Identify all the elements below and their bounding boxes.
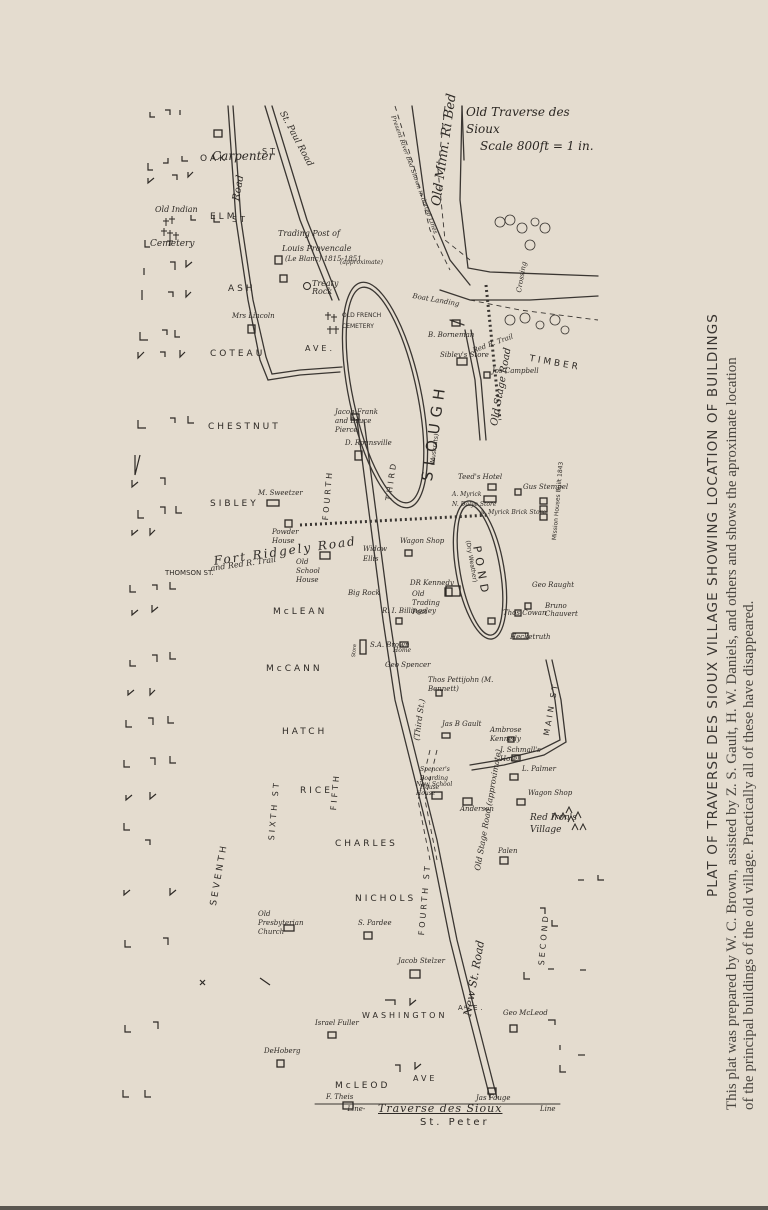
building-palen: Palen [498,848,517,855]
street-mcleod: McLEOD [335,1082,390,1091]
building-wagon-shop-2: Wagon Shop [528,790,572,797]
building-rounsville: D. Rounsville [345,440,392,447]
page-edge [0,1206,768,1210]
building-jos-campbell: Jos Campbell [492,368,539,375]
caption-title: PLAT OF TRAVERSE DES SIOUX VILLAGE SHOWI… [705,100,721,1110]
street-coteau: COTEAU [210,350,265,359]
building-big-rock: Big Rock [348,590,380,597]
building-f-theis: F. Theis [326,1094,353,1101]
building-geo-raught: Geo Raught [532,582,574,589]
building-teeds-hotel: Teed's Hotel [458,474,502,481]
indian-cemetery-label: Cemetery [150,240,194,249]
treaty-rock-label: Treaty Rock [312,280,352,296]
building-dr-kennedy: DR Kennedy [410,580,454,587]
building-jas-fauge: Jas Fauge [476,1095,510,1102]
building-l-palmer: L. Palmer [522,766,556,773]
street-nichols: NICHOLS [355,895,416,904]
building-jacob-stelzer: Jacob Stelzer [398,958,445,965]
street-mclean: McLEAN [273,608,327,617]
street-elm-st: ST [232,216,248,224]
street-charles: CHARLES [335,840,398,849]
french-cemetery-label: CEMETERY [342,324,374,330]
plat-caption: PLAT OF TRAVERSE DES SIOUX VILLAGE SHOWI… [705,100,758,1110]
building-bruno-chauvert: Bruno Chauvert [545,602,585,618]
building-frank-pierce: Jacob Frank and Bruce Pierce [335,408,385,435]
building-old-presbyterian-church: Old Presbyterian Church [258,910,318,937]
map-title-block: Old Traverse des Sioux Scale 800ft = 1 i… [466,104,596,155]
trading-post-label: Trading Post of [278,230,340,238]
street-carpenter-st: ST [262,148,278,156]
caption-line-1: This plat was prepared by W. C. Brown, a… [724,100,741,1110]
building-widow-ellis: Widow Ellis [363,544,387,564]
building-a-myrick: A. Myrick [452,492,481,498]
building-schmalls-hotel: J. Schmall's Hotel [500,746,550,764]
street-thomson: THOMSON ST. [165,570,214,577]
street-ave: AVE. [305,345,335,353]
street-washington: WASHINGTON [362,1012,447,1020]
building-s-pardee: S. Pardee [358,920,392,927]
building-old-school-house: Old School House [296,558,332,585]
village-plat-map: Old Traverse des Sioux Scale 800ft = 1 i… [0,0,768,1210]
red-irons-village-label: Red Iron's Village [530,812,590,836]
building-myrick-brick-store: A. Myrick Brick Store [480,510,546,516]
provencale-label: Louis Provencale [282,245,351,253]
street-hatch: HATCH [282,728,327,737]
street-sibley: SIBLEY [210,500,259,509]
building-powder-house: Powder House [272,528,304,546]
map-scale: Scale 800ft = 1 in. [466,138,596,155]
approximate-label: (approximate) [340,260,383,266]
street-mcleod-ave: AVE [413,1075,438,1083]
building-n-dalye-store: N. Dalye Store [452,502,496,508]
traverse-line-label: Traverse des Sioux [378,1103,502,1114]
street-chestnut: CHESTNUT [208,423,281,432]
building-jas-gault: Jas B Gault [442,721,482,728]
old-french-label: OLD FRENCH [342,313,381,319]
street-ash: ASH [228,285,256,294]
caption-line-2: of the principal buildings of the old vi… [741,100,758,1110]
building-sweetzer: M. Sweetzer [258,490,303,497]
building-hecketruth: Hecketruth [510,634,551,641]
building-home: Home [393,648,411,654]
building-new-school-house: New School House [416,780,456,798]
building-mrs-lincoln: Mrs Lincoln [232,313,275,320]
street-mccann: McCANN [266,665,323,674]
building-dehoberg: DeHoberg [264,1048,301,1055]
line-right-label: Line [540,1106,556,1113]
caption-body: This plat was prepared by W. C. Brown, a… [724,100,758,1110]
building-sibleys-store: Sibley's Store [440,352,489,359]
building-israel-fuller: Israel Fuller [315,1020,359,1027]
building-pettijohn: Thos Pettijohn (M. Bennett) [428,676,498,694]
building-geo-spencer: Geo Spencer [385,662,431,669]
st-peter-label: St. Peter [420,1118,490,1128]
building-billingsley: R. I. Billingsley [382,608,436,615]
building-thos-cowan: Thos Cowan [503,610,546,617]
building-anderson: Anderson [460,806,494,813]
map-title: Old Traverse des Sioux [466,104,596,138]
map-linework [0,0,768,1210]
line-left-label: -Line- [345,1106,365,1113]
building-geo-mcleod: Geo McLeod [503,1010,548,1017]
old-indian-label: Old Indian [155,206,198,214]
street-rice: RICE [300,787,333,796]
building-borneman: B. Borneman [428,332,474,339]
building-wagon-shop-1: Wagon Shop [400,538,444,545]
building-ambrose-kennedy: Ambrose Kennedy [490,726,550,744]
